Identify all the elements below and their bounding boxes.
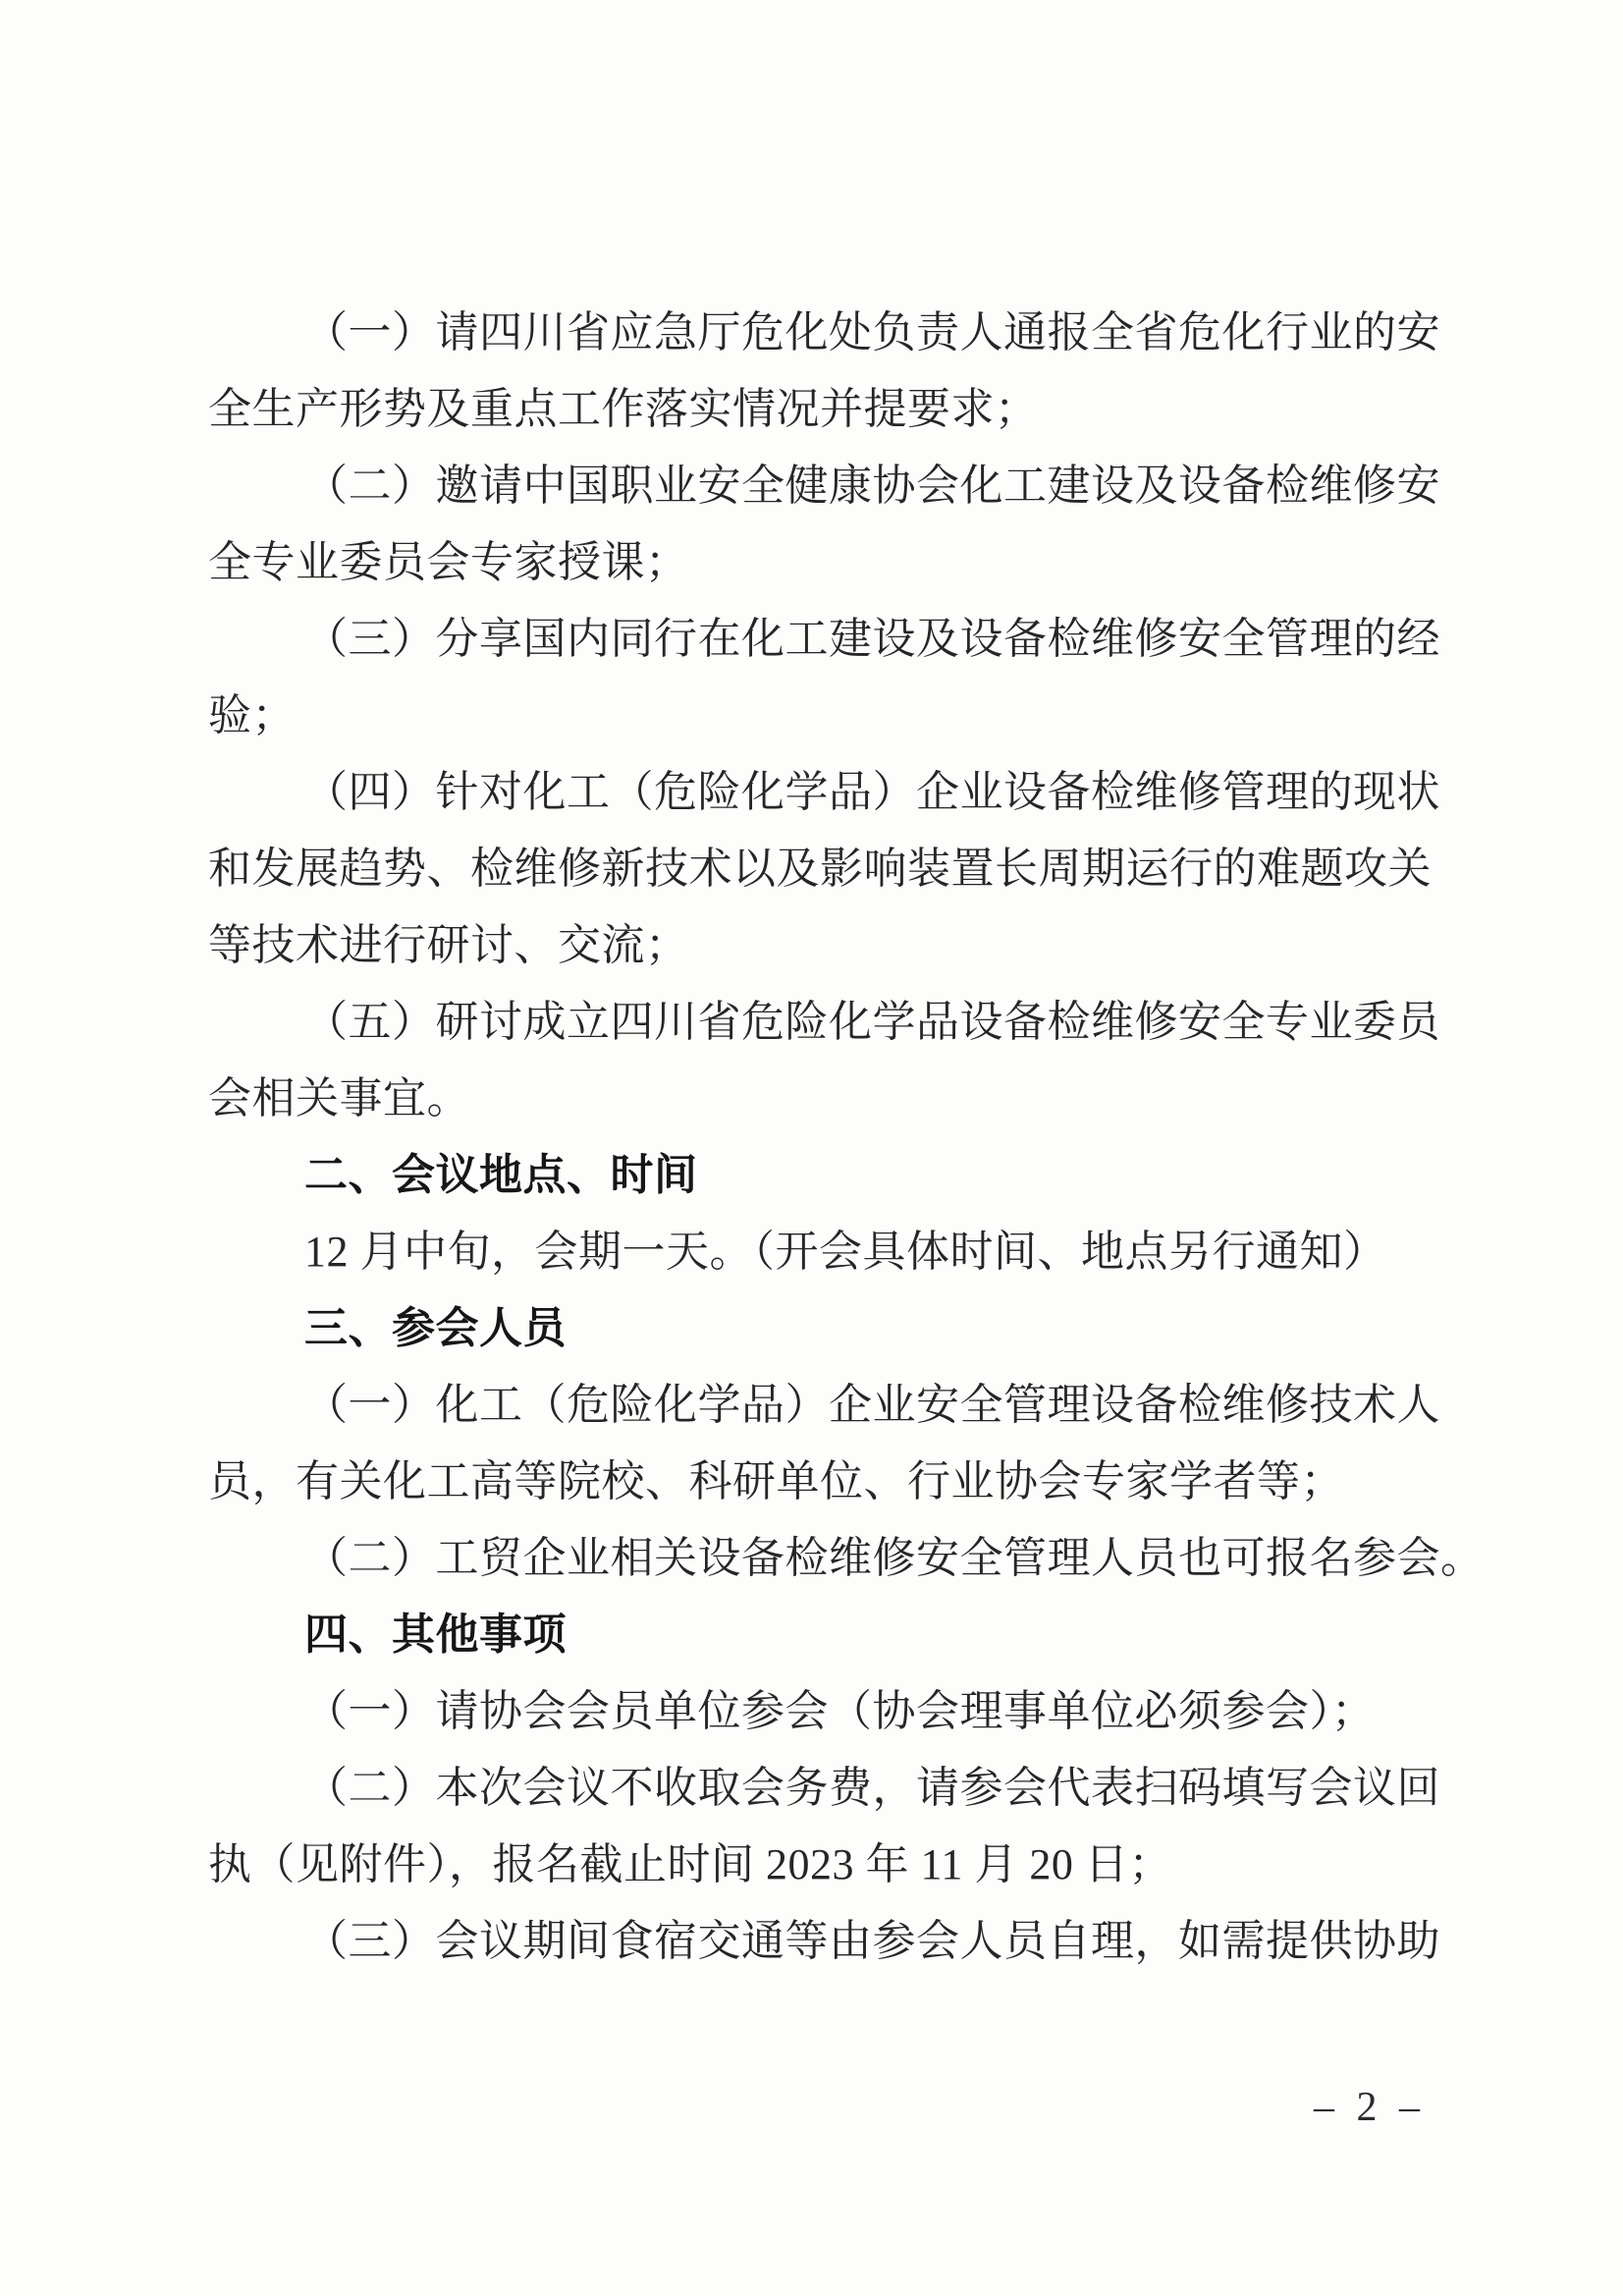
text-line: （二）邀请中国职业安全健康协会化工建设及设备检维修安 [208, 448, 1426, 524]
text-line: 全专业委员会专家授课； [208, 524, 1426, 601]
text-line: （三）会议期间食宿交通等由参会人员自理，如需提供协助 [208, 1903, 1426, 1980]
text-line: （一）请四川省应急厅危化处负责人通报全省危化行业的安 [208, 295, 1426, 371]
text-line: 12 月中旬，会期一天。（开会具体时间、地点另行通知） [208, 1214, 1426, 1290]
text-line: 等技术进行研讨、交流； [208, 907, 1426, 984]
text-line: （五）研讨成立四川省危险化学品设备检维修安全专业委员 [208, 984, 1426, 1061]
text-line: 全生产形势及重点工作落实情况并提要求； [208, 371, 1426, 448]
text-line: （一）请协会会员单位参会（协会理事单位必须参会）； [208, 1673, 1426, 1750]
document-page: （一）请四川省应急厅危化处负责人通报全省危化行业的安全生产形势及重点工作落实情况… [0, 0, 1623, 2296]
section-heading: 二、会议地点、时间 [208, 1137, 1426, 1214]
text-line: 验； [208, 678, 1426, 754]
text-line: 执（见附件），报名截止时间 2023 年 11 月 20 日； [208, 1827, 1426, 1903]
text-line: （二）工贸企业相关设备检维修安全管理人员也可报名参会。 [208, 1520, 1426, 1597]
text-line: （四）针对化工（危险化学品）企业设备检维修管理的现状 [208, 754, 1426, 831]
section-heading: 三、参会人员 [208, 1290, 1426, 1367]
document-body: （一）请四川省应急厅危化处负责人通报全省危化行业的安全生产形势及重点工作落实情况… [208, 295, 1426, 1980]
text-line: （三）分享国内同行在化工建设及设备检维修安全管理的经 [208, 601, 1426, 678]
page-number: – 2 – [1314, 2084, 1426, 2131]
text-line: （一）化工（危险化学品）企业安全管理设备检维修技术人 [208, 1367, 1426, 1444]
text-line: 和发展趋势、检维修新技术以及影响装置长周期运行的难题攻关 [208, 831, 1426, 907]
text-line: 会相关事宜。 [208, 1061, 1426, 1137]
text-line: 员，有关化工高等院校、科研单位、行业协会专家学者等； [208, 1444, 1426, 1520]
section-heading: 四、其他事项 [208, 1597, 1426, 1673]
text-line: （二）本次会议不收取会务费，请参会代表扫码填写会议回 [208, 1750, 1426, 1827]
